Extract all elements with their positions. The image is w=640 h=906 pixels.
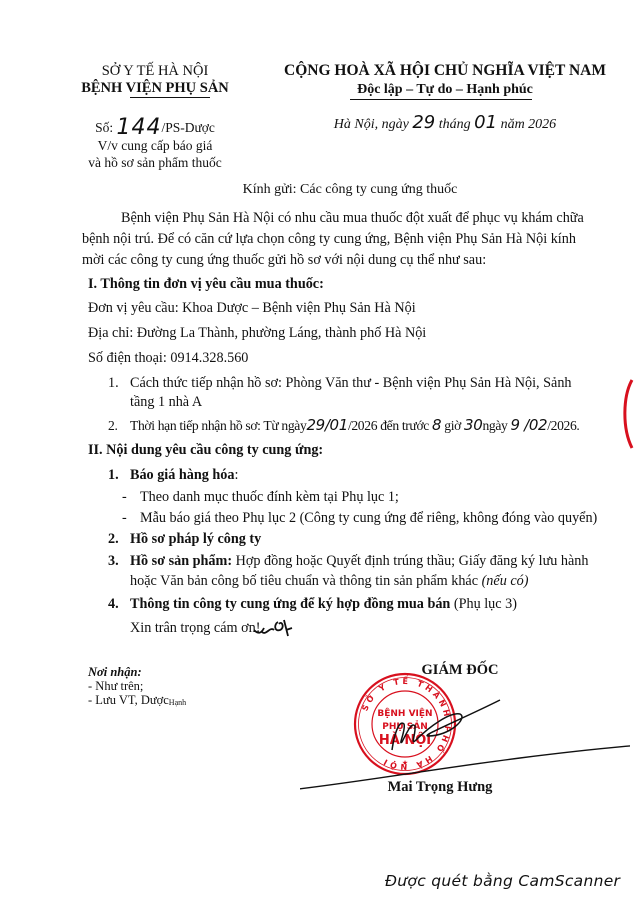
item-number: 4. <box>108 596 130 613</box>
recipient-text: - Lưu VT, Dược <box>88 693 169 707</box>
handwritten-hour: 8 <box>432 416 441 434</box>
item-number: 3. <box>108 553 130 570</box>
partial-seal-mark-icon <box>620 378 636 450</box>
intro-line-1: Bệnh viện Phụ Sản Hà Nội có nhu cầu mua … <box>121 210 584 227</box>
item-number: 2. <box>108 418 130 434</box>
intro-line-3: mời các công ty cung ứng thuốc gửi hồ sơ… <box>82 252 486 269</box>
section-1-title: I. Thông tin đơn vị yêu cầu mua thuốc: <box>88 276 324 293</box>
signer-name: Mai Trọng Hưng <box>360 779 520 796</box>
date-line: Hà Nội, ngày 29 tháng 01 năm 2026 <box>250 112 640 133</box>
bullet-item: -Mẫu báo giá theo Phụ lục 2 (Công ty cun… <box>122 510 597 527</box>
list-item: 2.Hồ sơ pháp lý công ty <box>108 531 261 548</box>
item-text: /2026. <box>547 418 579 433</box>
recipient-item: - Lưu VT, DượcHạnh <box>88 693 186 708</box>
subject-line-2: và hồ sơ sản phẩm thuốc <box>0 155 310 171</box>
list-item: 2.Thời hạn tiếp nhận hồ sơ: Từ ngày29/01… <box>108 416 579 434</box>
signer-title: GIÁM ĐỐC <box>400 662 520 679</box>
item-number: 1. <box>108 467 130 484</box>
date-day-handwritten: 29 <box>412 112 435 133</box>
item-text: (Phụ lục 3) <box>450 596 517 612</box>
item-text: Hợp đồng hoặc Quyết định trúng thầu; Giấ… <box>232 553 588 569</box>
item-text: Cách thức tiếp nhận hồ sơ: Phòng Văn thư… <box>130 375 572 391</box>
date-prefix: Hà Nội, ngày <box>334 117 413 132</box>
item-text: /2026 đến trước <box>348 418 432 433</box>
item-heading: Hồ sơ pháp lý công ty <box>130 531 261 547</box>
nation-title: CỘNG HOÀ XÃ HỘI CHỦ NGHĨA VIỆT NAM <box>250 62 640 80</box>
national-motto: Độc lập – Tự do – Hạnh phúc <box>250 82 640 98</box>
intro-line-2: bệnh nội trú. Để có căn cứ lựa chọn công… <box>82 231 576 248</box>
list-item: 3.Hồ sơ sản phẩm: Hợp đồng hoặc Quyết đị… <box>108 553 589 570</box>
drafter-initials: Hạnh <box>169 698 186 707</box>
handwritten-start-date: 29/01 <box>306 416 347 434</box>
list-item-continued: tầng 1 nhà A <box>130 394 202 411</box>
greeting: Kính gửi: Các công ty cung ứng thuốc <box>60 182 640 198</box>
initials-mark-icon <box>252 616 302 640</box>
item-text: ngày <box>482 418 510 433</box>
item-text: : <box>234 467 238 483</box>
phone-number: Số điện thoại: 0914.328.560 <box>88 350 248 367</box>
hospital-underline <box>130 97 210 98</box>
item-heading: Thông tin công ty cung ứng để ký hợp đồn… <box>130 596 450 612</box>
item-text: hoặc Văn bản công bố tiêu chuẩn và thông… <box>130 573 482 589</box>
date-year: năm 2026 <box>497 117 556 132</box>
date-month-handwritten: 01 <box>474 112 497 133</box>
item-note: (nếu có) <box>482 573 529 589</box>
list-item-continued: hoặc Văn bản công bố tiêu chuẩn và thông… <box>130 573 528 590</box>
item-text: Thời hạn tiếp nhận hồ sơ: Từ ngày <box>130 418 306 433</box>
list-item: 4.Thông tin công ty cung ứng để ký hợp đ… <box>108 596 517 613</box>
scanner-watermark: Được quét bằng CamScanner <box>385 872 620 890</box>
handwritten-end-date: 9 /02 <box>511 416 548 434</box>
bullet-item: -Theo danh mục thuốc đính kèm tại Phụ lụ… <box>122 489 399 506</box>
handwritten-minute: 30 <box>464 416 482 434</box>
list-item: 1.Cách thức tiếp nhận hồ sơ: Phòng Văn t… <box>108 375 572 392</box>
date-month-label: tháng <box>435 117 474 132</box>
section-2-title: II. Nội dung yêu cầu công ty cung ứng: <box>88 442 323 459</box>
item-heading: Báo giá hàng hóa <box>130 467 234 483</box>
requesting-unit: Đơn vị yêu cầu: Khoa Dược – Bệnh viện Ph… <box>88 300 416 317</box>
doc-number-suffix: /PS-Dược <box>161 120 214 135</box>
item-number: 2. <box>108 531 130 548</box>
bullet-text: Theo danh mục thuốc đính kèm tại Phụ lục… <box>140 489 399 505</box>
recipient-item: - Như trên; <box>88 679 143 694</box>
doc-number-prefix: Số: <box>95 120 116 135</box>
subject-line-1: V/v cung cấp báo giá <box>0 138 310 154</box>
item-text: giờ <box>441 418 464 433</box>
item-heading: Hồ sơ sản phẩm: <box>130 553 232 569</box>
closing-line: Xin trân trọng cám ơn! <box>130 620 260 637</box>
motto-underline <box>350 99 532 100</box>
bullet-text: Mẫu báo giá theo Phụ lục 2 (Công ty cung… <box>140 510 597 526</box>
doc-number-handwritten: 144 <box>116 115 161 140</box>
address: Địa chỉ: Đường La Thành, phường Láng, th… <box>88 325 426 342</box>
item-number: 1. <box>108 375 130 392</box>
recipients-title: Nơi nhận: <box>88 665 142 680</box>
list-item: 1.Báo giá hàng hóa: <box>108 467 238 484</box>
